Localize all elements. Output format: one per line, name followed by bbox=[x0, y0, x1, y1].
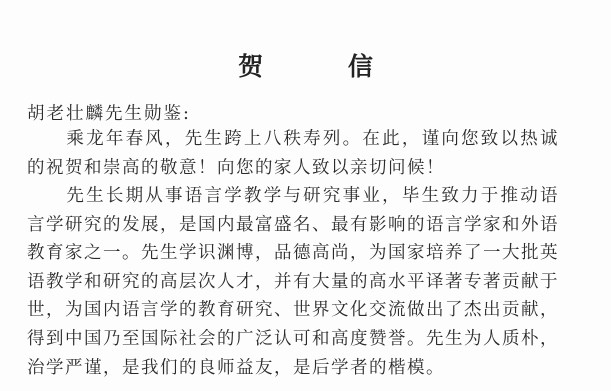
paragraph-tribute: 先生长期从事语言学教学与研究事业，毕生致力于推动语言学研究的发展，是国内最富盛名… bbox=[27, 182, 559, 382]
letter-title: 贺 信 bbox=[0, 47, 611, 83]
paragraph-greeting: 乘龙年春风，先生跨上八秩寿列。在此，谨向您致以热诚的祝贺和崇高的敬意！向您的家人… bbox=[27, 125, 559, 182]
salutation: 胡老壮麟先生勋鉴: bbox=[27, 100, 191, 125]
